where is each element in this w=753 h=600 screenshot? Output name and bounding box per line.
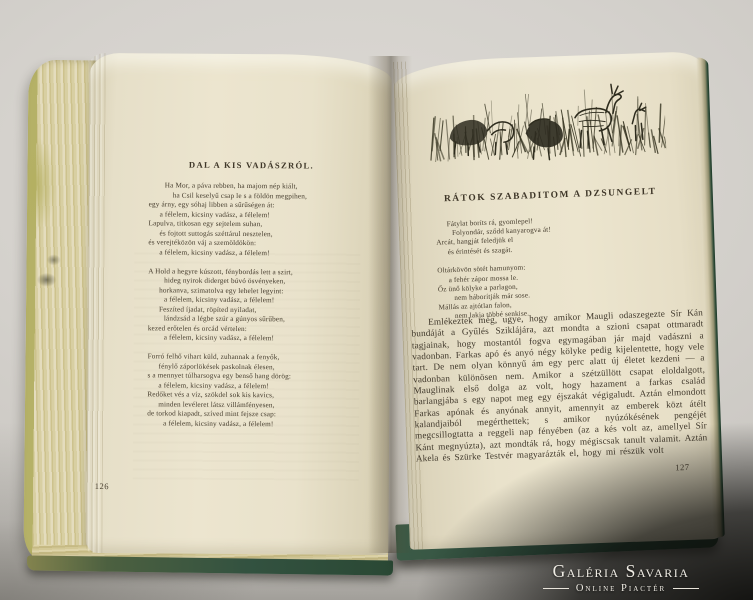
left-page-poem: Ha Mor, a páva rebben, ha majom nép kiál…	[147, 181, 384, 439]
galeria-savaria-watermark: Galéria Savaria Online Piactér	[503, 561, 739, 594]
fanned-page-edges-left	[23, 60, 96, 561]
watermark-subtitle: Online Piactér	[576, 583, 666, 594]
watermark-title: Galéria Savaria	[503, 561, 739, 582]
watermark-rule-left	[543, 588, 569, 589]
poem-stanza: Forró felhő vihart küld, zuhannak a feny…	[147, 352, 383, 430]
page-number-left: 126	[95, 481, 109, 491]
deer-antlers	[611, 84, 623, 95]
right-page: RÁTOK SZABADITOM A DZSUNGELT Fátylat bor…	[393, 51, 723, 550]
boar-shape	[449, 119, 487, 146]
poem-stanza: A Hold a hegyre kúszott, fénybordás lett…	[148, 267, 384, 345]
poem-line: a félelem, kicsiny vadász, a félelem!	[163, 419, 382, 430]
right-page-title: RÁTOK SZABADITOM A DZSUNGELT	[398, 185, 703, 206]
page-number-right: 127	[675, 462, 690, 472]
ink-sketch-svg	[424, 73, 667, 169]
poem-line: a félelem, kicsiny vadász, a félelem!	[164, 333, 383, 344]
watermark-subtitle-row: Online Piactér	[503, 583, 739, 594]
book-photo-scene: DAL A KIS VADÁSZRÓL. Ha Mor, a páva rebb…	[0, 0, 753, 600]
jungle-animals-illustration	[424, 73, 667, 169]
left-page-title: DAL A KIS VADÁSZRÓL.	[129, 159, 374, 171]
poem-line: a félelem, kicsiny vadász, a félelem!	[159, 248, 383, 259]
poem-stanza: Fátylat boríts rá, gyomlepel!Folyondár, …	[436, 212, 687, 258]
poem-stanza: Ha Mor, a páva rebben, ha majom nép kiál…	[148, 181, 384, 259]
prose-paragraph: Emlékeztek még, ugye, hogy amikor Maugli…	[411, 307, 708, 465]
left-page: DAL A KIS VADÁSZRÓL. Ha Mor, a páva rebb…	[86, 53, 391, 555]
watermark-rule-right	[673, 588, 699, 589]
